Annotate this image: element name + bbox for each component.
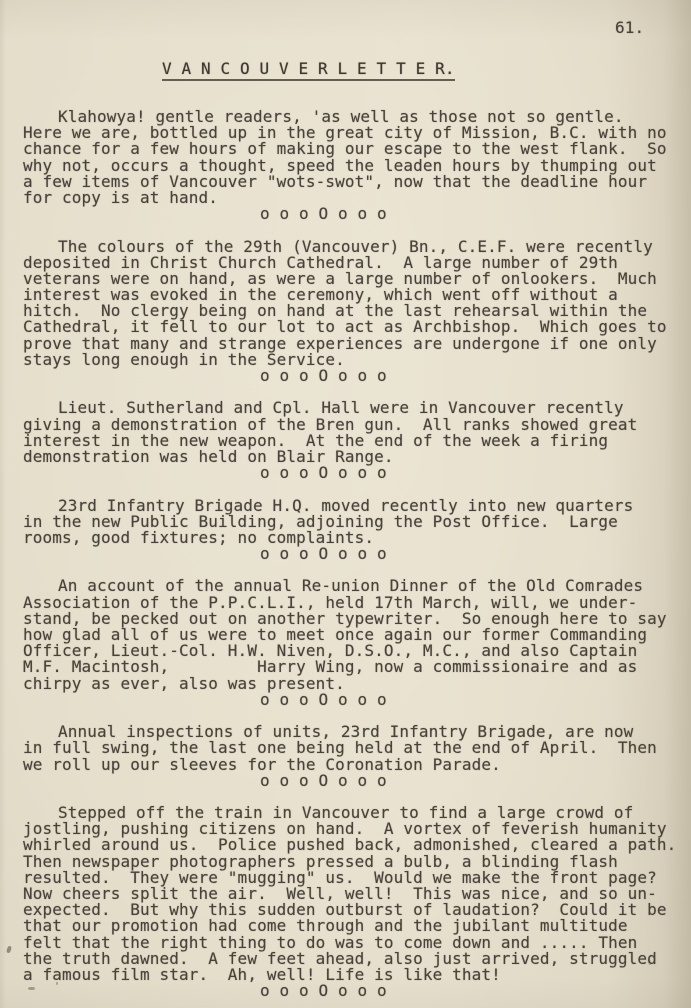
paragraph: Lieut. Sutherland and Cpl. Hall were in … (23, 400, 676, 481)
section-separator: o o o O o o o (23, 692, 676, 708)
section-separator: o o o O o o o (23, 206, 676, 222)
paragraph: The colours of the 29th (Vancouver) Bn.,… (23, 239, 676, 385)
section-separator: o o o O o o o (23, 773, 676, 789)
page-title: V A N C O U V E R L E T T E R. (162, 59, 455, 81)
paragraph: An account of the annual Re-union Dinner… (23, 578, 676, 708)
stain-mark (28, 987, 35, 990)
stain-mark (240, 136, 243, 139)
scanned-document-page: 61. V A N C O U V E R L E T T E R. Klaho… (0, 0, 691, 1008)
paragraph: Annual inspections of units, 23rd Infant… (23, 724, 676, 789)
section-separator: o o o O o o o (23, 983, 676, 999)
stain-mark (56, 982, 58, 985)
section-separator: o o o O o o o (23, 368, 676, 384)
page-number: 61. (615, 18, 644, 37)
stain-mark (6, 946, 12, 954)
section-separator: o o o O o o o (23, 546, 676, 562)
section-separator: o o o O o o o (23, 465, 676, 481)
document-body: Klahowya! gentle readers, 'as well as th… (23, 109, 676, 1008)
paragraph: Stepped off the train in Vancouver to fi… (23, 805, 676, 999)
paragraph: Klahowya! gentle readers, 'as well as th… (23, 109, 676, 222)
paragraph: 23rd Infantry Brigade H.Q. moved recentl… (23, 498, 676, 563)
